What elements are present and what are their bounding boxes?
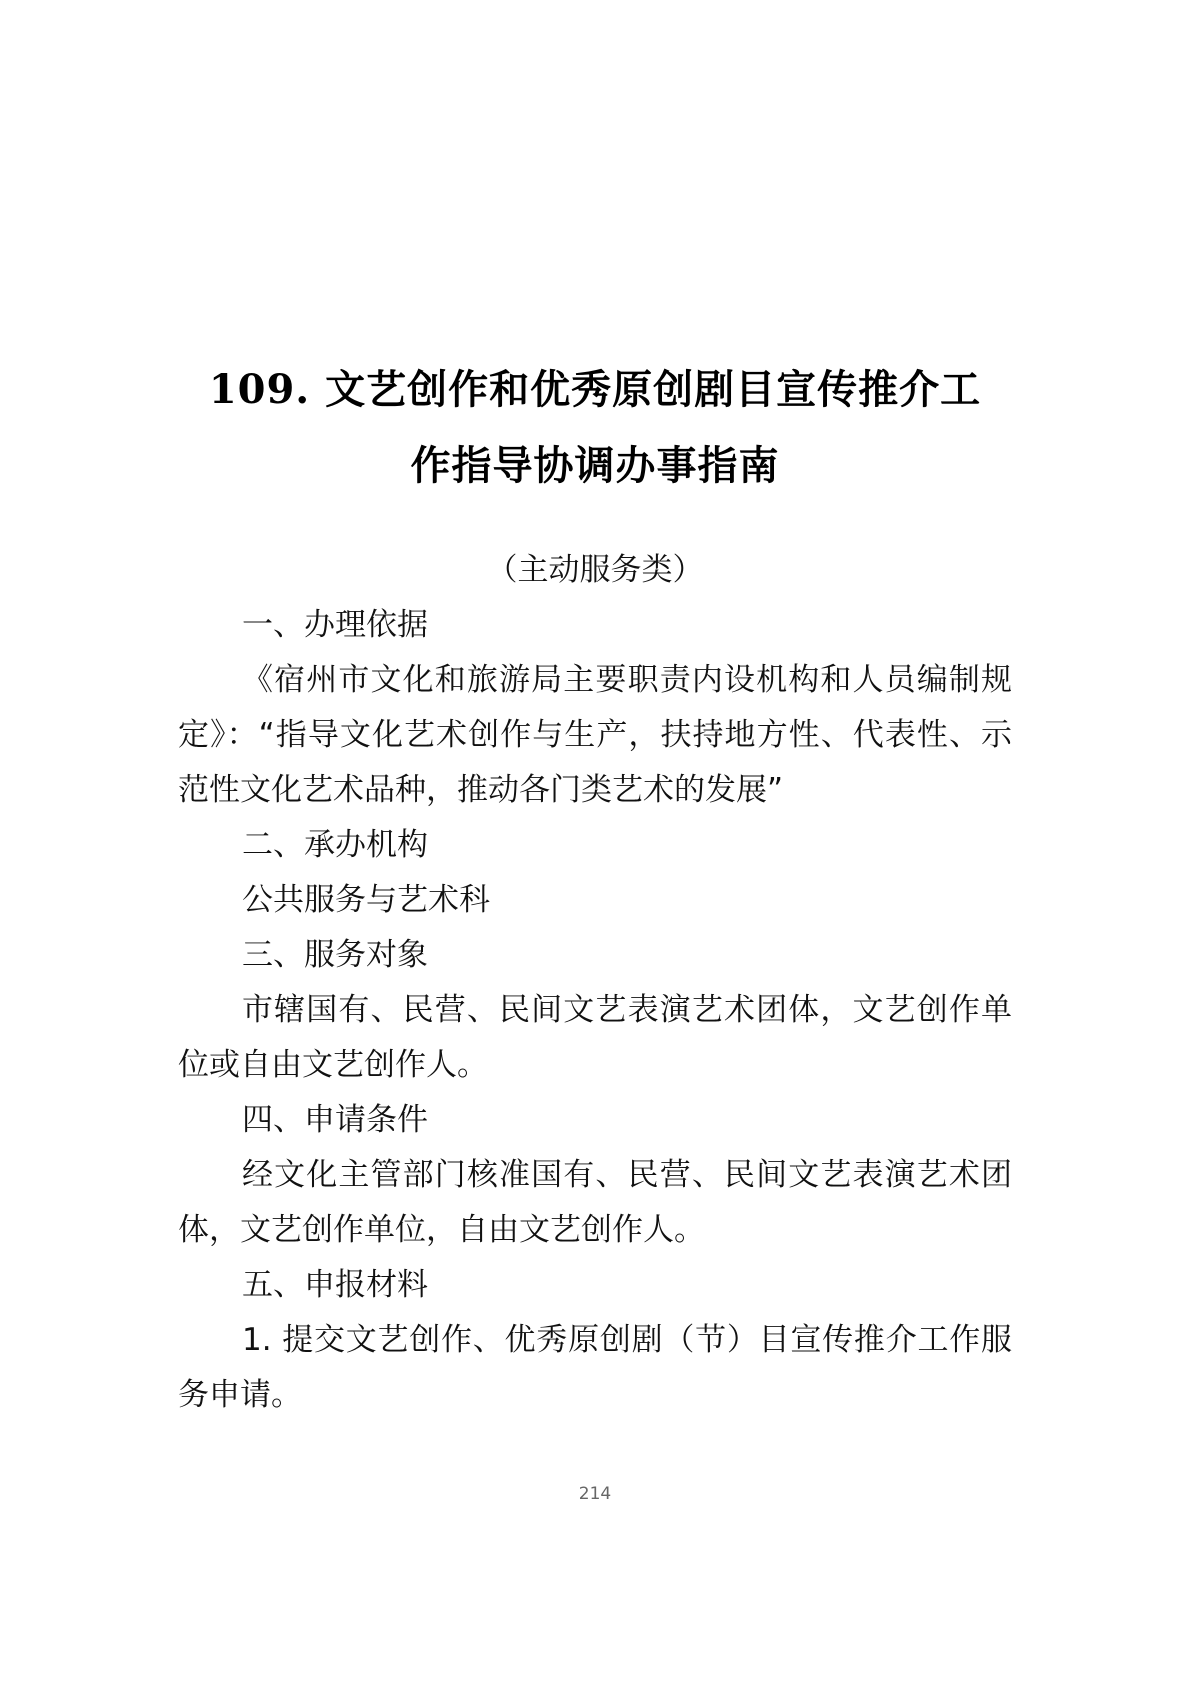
- document-body: （主动服务类） 一、办理依据 《宿州市文化和旅游局主要职责内设机构和人员编制规定…: [178, 543, 1012, 1423]
- section-content-agency: 公共服务与艺术科: [178, 873, 1012, 928]
- section-heading-conditions: 四、申请条件: [178, 1093, 1012, 1148]
- title-line-2: 作指导协调办事指南: [178, 428, 1012, 504]
- section-heading-basis: 一、办理依据: [178, 598, 1012, 653]
- document-page: 109. 文艺创作和优秀原创剧目宣传推介工 作指导协调办事指南 （主动服务类） …: [0, 0, 1190, 1683]
- document-title: 109. 文艺创作和优秀原创剧目宣传推介工 作指导协调办事指南: [178, 352, 1012, 504]
- section-content-materials: 1. 提交文艺创作、优秀原创剧（节）目宣传推介工作服务申请。: [178, 1313, 1012, 1423]
- page-number: 214: [0, 1484, 1190, 1504]
- section-content-basis: 《宿州市文化和旅游局主要职责内设机构和人员编制规定》：“指导文化艺术创作与生产，…: [178, 653, 1012, 818]
- section-content-conditions: 经文化主管部门核准国有、民营、民间文艺表演艺术团体，文艺创作单位，自由文艺创作人…: [178, 1148, 1012, 1258]
- section-heading-agency: 二、承办机构: [178, 818, 1012, 873]
- section-heading-materials: 五、申报材料: [178, 1258, 1012, 1313]
- section-heading-targets: 三、服务对象: [178, 928, 1012, 983]
- section-content-targets: 市辖国有、民营、民间文艺表演艺术团体，文艺创作单位或自由文艺创作人。: [178, 983, 1012, 1093]
- category-label: （主动服务类）: [178, 543, 1012, 598]
- title-line-1: 109. 文艺创作和优秀原创剧目宣传推介工: [178, 352, 1012, 428]
